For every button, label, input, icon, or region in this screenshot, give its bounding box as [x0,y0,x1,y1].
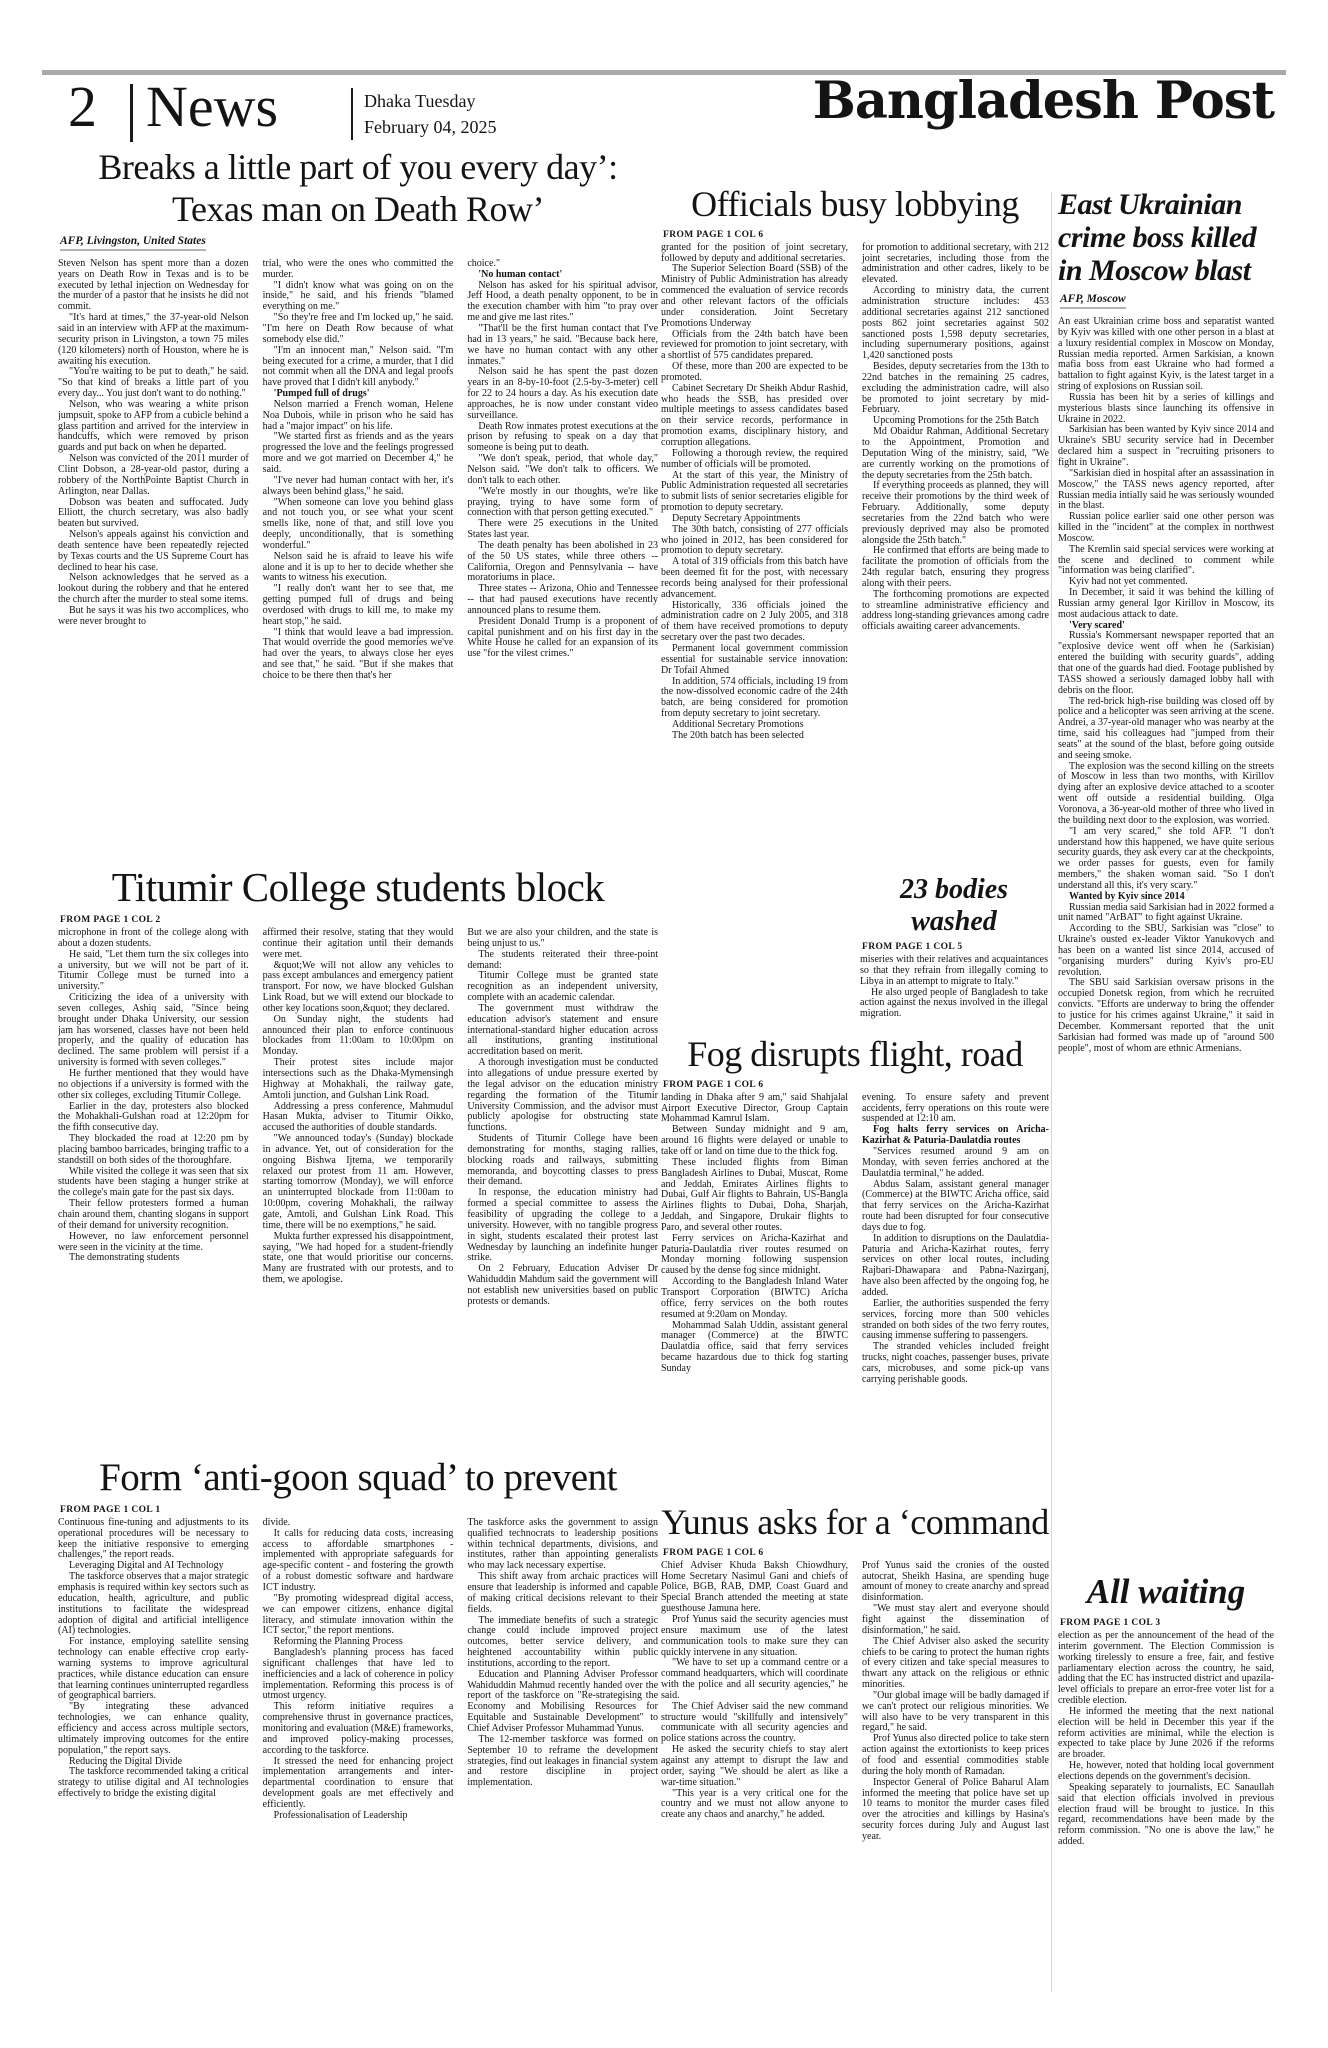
body-paragraph: Nelson was convicted of the 2011 murder … [58,454,249,497]
continuation-tag: FROM PAGE 1 COL 3 [1060,1618,1274,1628]
body-paragraph: Wanted by Kyiv since 2014 [1058,892,1274,903]
body-paragraph: Criticizing the idea of a university wit… [58,993,249,1069]
body-paragraph: According to ministry data, the current … [862,286,1049,362]
body-paragraph: Besides, deputy secretaries from the 13t… [862,362,1049,416]
newspaper-page: 2 News Dhaka Tuesday February 04, 2025 B… [0,0,1328,2048]
body-paragraph: Officials from the 24th batch have been … [661,330,848,363]
body-paragraph: The Chief Adviser also asked the securit… [862,1637,1049,1691]
article-bodies-washed: 23 bodies washed FROM PAGE 1 COL 5 miser… [860,874,1048,1034]
article-death-row: Breaks a little part of you every day’: … [58,146,658,878]
body-paragraph: "I've never had human contact with her, … [263,476,454,498]
page-number: 2 [68,78,97,136]
body-paragraph: In addition to disruptions on the Daulat… [862,1234,1049,1299]
text-column: affirmed their resolve, stating that the… [263,928,454,1286]
yunus-headline: Yunus asks for a ‘command [661,1504,1049,1542]
body-paragraph: Steven Nelson has spent more than a doze… [58,259,249,313]
body-paragraph: Their fellow protesters formed a human c… [58,1199,249,1232]
fog-headline: Fog disrupts flight, road [661,1036,1049,1074]
body-paragraph: The immediate benefits of such a strateg… [467,1616,658,1670]
body-paragraph: Permanent local government commission es… [661,644,848,677]
all-waiting-headline: All waiting [1058,1572,1274,1612]
officials-headline: Officials busy lobbying [661,186,1049,224]
body-paragraph: The red-brick high-rise building was clo… [1058,697,1274,762]
body-paragraph: He said, "Let them turn the six colleges… [58,950,249,993]
body-paragraph: landing in Dhaka after 9 am," said Shahj… [661,1093,848,1126]
body-paragraph: The taskforce asks the government to ass… [467,1518,658,1572]
body-paragraph: These included flights from Biman Bangla… [661,1158,848,1234]
body-paragraph: "We have to set up a command centre or a… [661,1658,848,1701]
body-paragraph: The taskforce recommended taking a criti… [58,1767,249,1800]
continuation-tag: FROM PAGE 1 COL 2 [60,915,658,925]
body-paragraph: Md Obaidur Rahman, Additional Secretary … [862,427,1049,481]
body-paragraph: The 20th batch has been selected [661,731,848,742]
continuation-tag: FROM PAGE 1 COL 1 [60,1505,658,1515]
text-column: for promotion to additional secretary, w… [862,243,1049,633]
text-column: election as per the announcement of the … [1058,1631,1274,1848]
article-fog-disrupts: Fog disrupts flight, road FROM PAGE 1 CO… [661,1036,1049,1504]
body-paragraph: Bangladesh's planning process has faced … [263,1648,454,1702]
body-paragraph: But we are also your children, and the s… [467,928,658,950]
moscow-blast-byline: AFP, Moscow [1060,293,1274,309]
text-column: granted for the position of joint secret… [661,243,848,742]
body-paragraph: "We don't speak, period, that whole day,… [467,454,658,487]
body-paragraph: The demonstrating students [58,1253,249,1264]
body-paragraph: Mukta further expressed his disappointme… [263,1232,454,1286]
body-paragraph: For instance, employing satellite sensin… [58,1637,249,1702]
body-paragraph: Inspector General of Police Baharul Alam… [862,1778,1049,1843]
text-column: Chief Adviser Khuda Baksh Chiowdhury, Ho… [661,1561,848,1821]
body-paragraph: "By promoting widespread digital access,… [263,1594,454,1637]
body-paragraph: He also urged people of Bangladesh to ta… [860,988,1048,1021]
body-paragraph: He confirmed that efforts are being made… [862,546,1049,589]
body-paragraph: Sarkisian has been wanted by Kyiv since … [1058,425,1274,468]
body-paragraph: miseries with their relatives and acquai… [860,955,1048,988]
officials-columns: granted for the position of joint secret… [661,243,1049,742]
text-column: Steven Nelson has spent more than a doze… [58,259,249,628]
body-paragraph: Earlier in the day, protesters also bloc… [58,1102,249,1135]
body-paragraph: Mohammad Salah Uddin, assistant general … [661,1321,848,1375]
body-paragraph: Dobson was beaten and suffocated. Judy E… [58,498,249,531]
body-paragraph: "So they're free and I'm locked up," he … [263,313,454,346]
body-paragraph: Nelson acknowledges that he served as a … [58,573,249,606]
body-paragraph: Of these, more than 200 are expected to … [661,362,848,384]
dateline-city-day: Dhaka Tuesday [364,88,496,114]
body-paragraph: The death penalty has been abolished in … [467,541,658,584]
squad-columns: Continuous fine-tuning and adjustments t… [58,1518,658,1822]
body-paragraph: "When someone can love you behind glass … [263,498,454,552]
body-paragraph: Prof Yunus said the security agencies mu… [661,1615,848,1658]
body-paragraph: This reform initiative requires a compre… [263,1702,454,1756]
body-paragraph: In response, the education ministry had … [467,1188,658,1264]
body-paragraph: The SBU said Sarkisian oversaw prisons i… [1058,978,1274,1054]
body-paragraph: "I am very scared," she told AFP. "I don… [1058,827,1274,892]
article-all-waiting: All waiting FROM PAGE 1 COL 3 election a… [1058,1572,1274,2042]
article-yunus-command: Yunus asks for a ‘command FROM PAGE 1 CO… [661,1504,1049,2048]
moscow-blast-headline: East Ukrainian crime boss killed in Mosc… [1058,188,1274,287]
body-paragraph: On 2 February, Education Adviser Dr Wahi… [467,1264,658,1307]
titumir-columns: microphone in front of the college along… [58,928,658,1308]
body-paragraph: "Sarkisian died in hospital after an ass… [1058,469,1274,512]
body-paragraph: "This year is a very critical one for th… [661,1789,848,1822]
body-paragraph: "I didn't know what was going on on the … [263,281,454,314]
body-paragraph: He informed the meeting that the next na… [1058,1707,1274,1761]
text-column: choice."'No human contact'Nelson has ask… [467,259,658,660]
body-paragraph: However, no law enforcement personnel we… [58,1232,249,1254]
body-paragraph: A thorough investigation must be conduct… [467,1058,658,1134]
body-paragraph: But he says it was his two accomplices, … [58,606,249,628]
continuation-tag: FROM PAGE 1 COL 6 [663,1080,1049,1090]
text-column: But we are also your children, and the s… [467,928,658,1308]
body-paragraph: "I think that would leave a bad impressi… [263,628,454,682]
article-titumir-college: Titumir College students block FROM PAGE… [58,866,658,1462]
body-paragraph: Nelson has asked for his spiritual advis… [467,281,658,324]
body-paragraph: This shift away from archaic practices w… [467,1572,658,1615]
body-paragraph: "You're waiting to be put to death," he … [58,367,249,400]
body-paragraph: President Donald Trump is a proponent of… [467,617,658,660]
body-paragraph: Professionalisation of Leadership [263,1811,454,1822]
continuation-tag: FROM PAGE 1 COL 6 [663,230,1049,240]
body-paragraph: The students reiterated their three-poin… [467,950,658,972]
body-paragraph: Nelson, who was wearing a white prison j… [58,400,249,454]
body-paragraph: Prof Yunus also directed police to take … [862,1734,1049,1777]
text-column: The taskforce asks the government to ass… [467,1518,658,1789]
body-paragraph: "It's hard at times," the 37-year-old Ne… [58,313,249,367]
body-paragraph: microphone in front of the college along… [58,928,249,950]
body-paragraph: Students of Titumir College have been de… [467,1134,658,1188]
body-paragraph: They blockaded the road at 12:20 pm by p… [58,1134,249,1167]
body-paragraph: Russian police earlier said one other pe… [1058,512,1274,545]
body-paragraph: Nelson said he is afraid to leave his wi… [263,552,454,585]
body-paragraph: granted for the position of joint secret… [661,243,848,265]
titumir-headline: Titumir College students block [58,866,658,909]
text-column: miseries with their relatives and acquai… [860,955,1048,1020]
body-paragraph: In December, it said it was behind the k… [1058,588,1274,621]
column-rule [1051,192,1052,1992]
body-paragraph: An east Ukrainian crime boss and separat… [1058,317,1274,393]
body-paragraph: While visited the college it was seen th… [58,1167,249,1200]
text-column: evening. To ensure safety and prevent ac… [862,1093,1049,1386]
body-paragraph: election as per the announcement of the … [1058,1631,1274,1707]
body-paragraph: Their protest sites include major inters… [263,1058,454,1101]
body-paragraph: trial, who were the ones who committed t… [263,259,454,281]
text-column: landing in Dhaka after 9 am," said Shahj… [661,1093,848,1375]
body-paragraph: He, however, noted that holding local go… [1058,1761,1274,1783]
body-paragraph: Nelson's appeals against his conviction … [58,530,249,573]
body-paragraph: Fog halts ferry services on Aricha-Kazir… [862,1125,1049,1147]
body-paragraph: The stranded vehicles included freight t… [862,1342,1049,1385]
body-paragraph: 'No human contact' [467,270,658,281]
dateline-date: February 04, 2025 [364,114,496,140]
body-paragraph: The taskforce observes that a major stra… [58,1572,249,1637]
dateline: Dhaka Tuesday February 04, 2025 [364,88,496,140]
body-paragraph: Titumir College must be granted state re… [467,971,658,1004]
text-column: Continuous fine-tuning and adjustments t… [58,1518,249,1800]
death-row-columns: Steven Nelson has spent more than a doze… [58,259,658,682]
body-paragraph: "We started first as friends and as the … [263,432,454,475]
death-row-byline: AFP, Livingston, United States [60,235,658,251]
article-moscow-blast: East Ukrainian crime boss killed in Mosc… [1058,188,1274,1572]
masthead: Bangladesh Post [813,76,1274,127]
body-paragraph: Ferry services on Aricha-Kazirhat and Pa… [661,1234,848,1277]
article-anti-goon-squad: Form ‘anti-goon squad’ to prevent FROM P… [58,1458,658,2048]
body-paragraph: "Our global image will be badly damaged … [862,1691,1049,1734]
body-paragraph: According to the Bangladesh Inland Water… [661,1277,848,1320]
header-divider [130,84,133,142]
body-paragraph: He further mentioned that they would hav… [58,1069,249,1102]
body-paragraph: According to the SBU, Sarkisian was "clo… [1058,924,1274,978]
text-column: divide.It calls for reducing data costs,… [263,1518,454,1822]
continuation-tag: FROM PAGE 1 COL 5 [862,942,1048,952]
header-divider-2 [351,88,353,140]
yunus-columns: Chief Adviser Khuda Baksh Chiowdhury, Ho… [661,1561,1049,1843]
body-paragraph: Earlier, the authorities suspended the f… [862,1299,1049,1342]
death-row-headline: Breaks a little part of you every day’: … [58,146,658,231]
body-paragraph: Continuous fine-tuning and adjustments t… [58,1518,249,1561]
body-paragraph: Prof Yunus said the cronies of the ouste… [862,1561,1049,1604]
body-paragraph: "That'll be the first human contact that… [467,324,658,367]
body-paragraph: "I really don't want her to see that, me… [263,584,454,627]
text-column: Prof Yunus said the cronies of the ouste… [862,1561,1049,1843]
body-paragraph: If everything proceeds as planned, they … [862,481,1049,546]
body-paragraph: "We announced today's (Sunday) blockade … [263,1134,454,1232]
fog-columns: landing in Dhaka after 9 am," said Shahj… [661,1093,1049,1386]
body-paragraph: Cabinet Secretary Dr Sheikh Abdur Rashid… [661,384,848,449]
body-paragraph: A total of 319 officials from this batch… [661,557,848,600]
body-paragraph: Between Sunday midnight and 9 am, around… [661,1125,848,1158]
continuation-tag: FROM PAGE 1 COL 6 [663,1548,1049,1558]
body-paragraph: The 30th batch, consisting of 277 offici… [661,525,848,558]
body-paragraph: affirmed their resolve, stating that the… [263,928,454,961]
body-paragraph: The forthcoming promotions are expected … [862,590,1049,633]
body-paragraph: Abdus Salam, assistant general manager (… [862,1180,1049,1234]
bodies-washed-headline: 23 bodies washed [860,874,1048,938]
body-paragraph: He asked the security chiefs to stay ale… [661,1745,848,1788]
body-paragraph: The 12-member taskforce was formed on Se… [467,1735,658,1789]
body-paragraph: It calls for reducing data costs, increa… [263,1529,454,1594]
body-paragraph: "I'm an innocent man," Nelson said. "I'm… [263,346,454,389]
body-paragraph: "By integrating these advanced technolog… [58,1702,249,1756]
body-paragraph: for promotion to additional secretary, w… [862,243,1049,286]
body-paragraph: On Sunday night, the students had announ… [263,1015,454,1058]
body-paragraph: Chief Adviser Khuda Baksh Chiowdhury, Ho… [661,1561,848,1615]
body-paragraph: "Services resumed around 9 am on Monday,… [862,1147,1049,1180]
body-paragraph: The explosion was the second killing on … [1058,762,1274,827]
body-paragraph: The Kremlin said special services were w… [1058,545,1274,578]
body-paragraph: The government must withdraw the educati… [467,1004,658,1058]
body-paragraph: "We must stay alert and everyone should … [862,1604,1049,1637]
section-title: News [146,78,278,136]
body-paragraph: Speaking separately to journalists, EC S… [1058,1783,1274,1848]
body-paragraph: At the start of this year, the Ministry … [661,471,848,514]
squad-headline: Form ‘anti-goon squad’ to prevent [58,1458,658,1499]
body-paragraph: There were 25 executions in the United S… [467,519,658,541]
body-paragraph: "We're mostly in our thoughts, we're lik… [467,487,658,520]
body-paragraph: Historically, 336 officials joined the a… [661,601,848,644]
body-paragraph: Education and Planning Adviser Professor… [467,1670,658,1735]
body-paragraph: In addition, 574 officials, including 19… [661,677,848,720]
body-paragraph: The Chief Adviser said the new command s… [661,1702,848,1745]
body-paragraph: Nelson married a French woman, Helene No… [263,400,454,433]
body-paragraph: Death Row inmates protest executions at … [467,422,658,455]
body-paragraph: Russia's Kommersant newspaper reported t… [1058,631,1274,696]
body-paragraph: The Superior Selection Board (SSB) of th… [661,264,848,329]
body-paragraph: Three states -- Arizona, Ohio and Tennes… [467,584,658,617]
text-column: trial, who were the ones who committed t… [263,259,454,682]
text-column: microphone in front of the college along… [58,928,249,1264]
body-paragraph: evening. To ensure safety and prevent ac… [862,1093,1049,1126]
body-paragraph: Russia has been hit by a series of killi… [1058,393,1274,426]
body-paragraph: &quot;We will not allow any vehicles to … [263,961,454,1015]
body-paragraph: Addressing a press conference, Mahmudul … [263,1102,454,1135]
body-paragraph: It stressed the need for enhancing proje… [263,1757,454,1811]
body-paragraph: Nelson said he has spent the past dozen … [467,367,658,421]
body-paragraph: Russian media said Sarkisian had in 2022… [1058,903,1274,925]
text-column: An east Ukrainian crime boss and separat… [1058,317,1274,1054]
body-paragraph: Following a thorough review, the require… [661,449,848,471]
